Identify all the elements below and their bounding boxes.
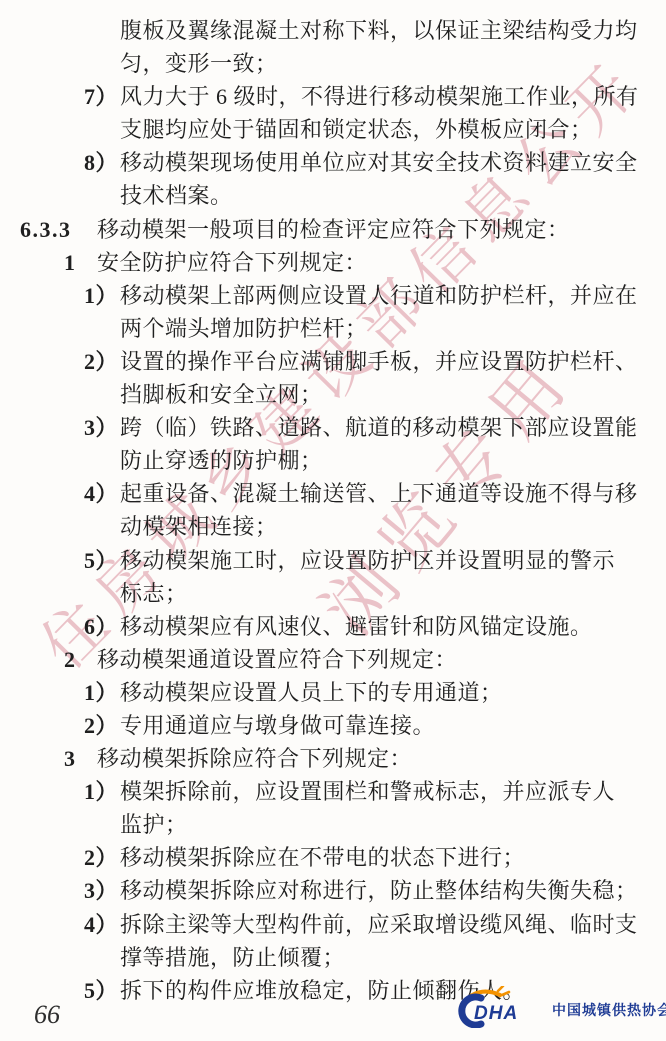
line-number: 1） [84, 676, 120, 709]
line-number: 1） [84, 279, 120, 312]
line-number: 2） [84, 709, 120, 742]
text-line: 撑等措施，防止倾覆； [0, 941, 666, 974]
text-line: 标志； [0, 577, 666, 610]
line-text: 移动模架通道设置应符合下列规定： [97, 647, 457, 672]
line-number: 7） [84, 80, 120, 113]
line-number: 1） [84, 775, 120, 808]
text-line: 6）移动模架应有风速仪、避雷针和防风锚定设施。 [0, 610, 666, 643]
line-text: 腹板及翼缘混凝土对称下料，以保证主梁结构受力均 [120, 18, 638, 43]
line-text: 移动模架拆除应对称进行，防止整体结构失衡失稳； [120, 878, 638, 903]
association-name: 中国城镇供热协会 [552, 1000, 666, 1020]
line-number: 8） [84, 146, 120, 179]
line-text: 移动模架应有风速仪、避雷针和防风锚定设施。 [120, 614, 593, 639]
text-line: 3）跨（临）铁路、道路、航道的移动模架下部应设置能 [0, 411, 666, 444]
text-line: 监护； [0, 808, 666, 841]
line-text: 标志； [120, 581, 188, 606]
line-text: 移动模架上部两侧应设置人行道和防护栏杆，并应在 [120, 283, 638, 308]
text-line: 两个端头增加防护栏杆； [0, 312, 666, 345]
line-number: 4） [84, 908, 120, 941]
page-number: 66 [34, 1000, 60, 1030]
text-line: 匀，变形一致； [0, 47, 666, 80]
line-text: 拆除主梁等大型构件前，应采取增设缆风绳、临时支 [120, 912, 638, 937]
text-line: 3）移动模架拆除应对称进行，防止整体结构失衡失稳； [0, 874, 666, 907]
text-line: 1）移动模架应设置人员上下的专用通道； [0, 676, 666, 709]
logo-ray-icon [502, 992, 509, 995]
line-text: 风力大于 6 级时，不得进行移动模架施工作业，所有 [120, 84, 639, 109]
text-line: 2）设置的操作平台应满铺脚手板，并应设置防护栏杆、 [0, 345, 666, 378]
line-text: 移动模架一般项目的检查评定应符合下列规定： [97, 217, 570, 242]
line-text: 技术档案。 [120, 183, 233, 208]
line-number: 5） [84, 544, 120, 577]
line-text: 匀，变形一致； [120, 51, 278, 76]
text-line: 1安全防护应符合下列规定： [0, 246, 666, 279]
line-number: 2） [84, 345, 120, 378]
logo-ray-icon [498, 986, 503, 991]
line-text: 防止穿透的防护棚； [120, 448, 323, 473]
line-text: 挡脚板和安全立网； [120, 382, 323, 407]
line-text: 动模架相连接； [120, 514, 278, 539]
line-number: 6.3.3 [20, 213, 97, 246]
line-text: 监护； [120, 812, 188, 837]
text-line: 2）移动模架拆除应在不带电的状态下进行； [0, 841, 666, 874]
line-text: 支腿均应处于锚固和锁定状态，外模板应闭合； [120, 117, 593, 142]
text-line: 8）移动模架现场使用单位应对其安全技术资料建立安全 [0, 146, 666, 179]
document-body: 腹板及翼缘混凝土对称下料，以保证主梁结构受力均匀，变形一致；7）风力大于 6 级… [0, 14, 666, 1007]
text-line: 1）移动模架上部两侧应设置人行道和防护栏杆，并应在 [0, 279, 666, 312]
text-line: 支腿均应处于锚固和锁定状态，外模板应闭合； [0, 113, 666, 146]
logo-abbr: DHA [474, 1003, 518, 1024]
line-text: 专用通道应与墩身做可靠连接。 [120, 713, 435, 738]
text-line: 6.3.3移动模架一般项目的检查评定应符合下列规定： [0, 213, 666, 246]
line-text: 两个端头增加防护栏杆； [120, 316, 368, 341]
line-number: 6） [84, 610, 120, 643]
text-line: 动模架相连接； [0, 510, 666, 543]
text-line: 技术档案。 [0, 179, 666, 212]
text-line: 3移动模架拆除应符合下列规定： [0, 742, 666, 775]
text-line: 防止穿透的防护棚； [0, 444, 666, 477]
line-number: 1 [64, 246, 97, 279]
line-text: 安全防护应符合下列规定： [97, 250, 367, 275]
line-number: 2） [84, 841, 120, 874]
line-text: 移动模架拆除应符合下列规定： [97, 746, 412, 771]
text-line: 2）专用通道应与墩身做可靠连接。 [0, 709, 666, 742]
line-text: 起重设备、混凝土输送管、上下通道等设施不得与移 [120, 481, 638, 506]
text-line: 1）模架拆除前，应设置围栏和警戒标志，并应派专人 [0, 775, 666, 808]
cdha-logo-icon: DHA [448, 986, 546, 1028]
line-text: 模架拆除前，应设置围栏和警戒标志，并应派专人 [120, 779, 615, 804]
text-line: 4）拆除主梁等大型构件前，应采取增设缆风绳、临时支 [0, 908, 666, 941]
line-number: 5） [84, 974, 120, 1007]
line-text: 移动模架施工时，应设置防护区并设置明显的警示 [120, 548, 615, 573]
line-text: 撑等措施，防止倾覆； [120, 945, 345, 970]
text-line: 7）风力大于 6 级时，不得进行移动模架施工作业，所有 [0, 80, 666, 113]
line-text: 移动模架应设置人员上下的专用通道； [120, 680, 503, 705]
line-text: 设置的操作平台应满铺脚手板，并应设置防护栏杆、 [120, 349, 638, 374]
line-number: 3） [84, 411, 120, 444]
line-text: 跨（临）铁路、道路、航道的移动模架下部应设置能 [120, 415, 638, 440]
line-number: 3） [84, 874, 120, 907]
line-text: 移动模架拆除应在不带电的状态下进行； [120, 845, 525, 870]
text-line: 5）移动模架施工时，应设置防护区并设置明显的警示 [0, 544, 666, 577]
document-page: 住房城乡建设部信息公开 浏览专用 腹板及翼缘混凝土对称下料，以保证主梁结构受力均… [0, 0, 666, 1041]
text-line: 挡脚板和安全立网； [0, 378, 666, 411]
line-text: 移动模架现场使用单位应对其安全技术资料建立安全 [120, 150, 638, 175]
text-line: 4）起重设备、混凝土输送管、上下通道等设施不得与移 [0, 477, 666, 510]
line-number: 4） [84, 477, 120, 510]
text-line: 2移动模架通道设置应符合下列规定： [0, 643, 666, 676]
text-line: 腹板及翼缘混凝土对称下料，以保证主梁结构受力均 [0, 14, 666, 47]
line-number: 2 [64, 643, 97, 676]
association-logo: DHA 中国城镇供热协会 [448, 986, 666, 1028]
line-number: 3 [64, 742, 97, 775]
